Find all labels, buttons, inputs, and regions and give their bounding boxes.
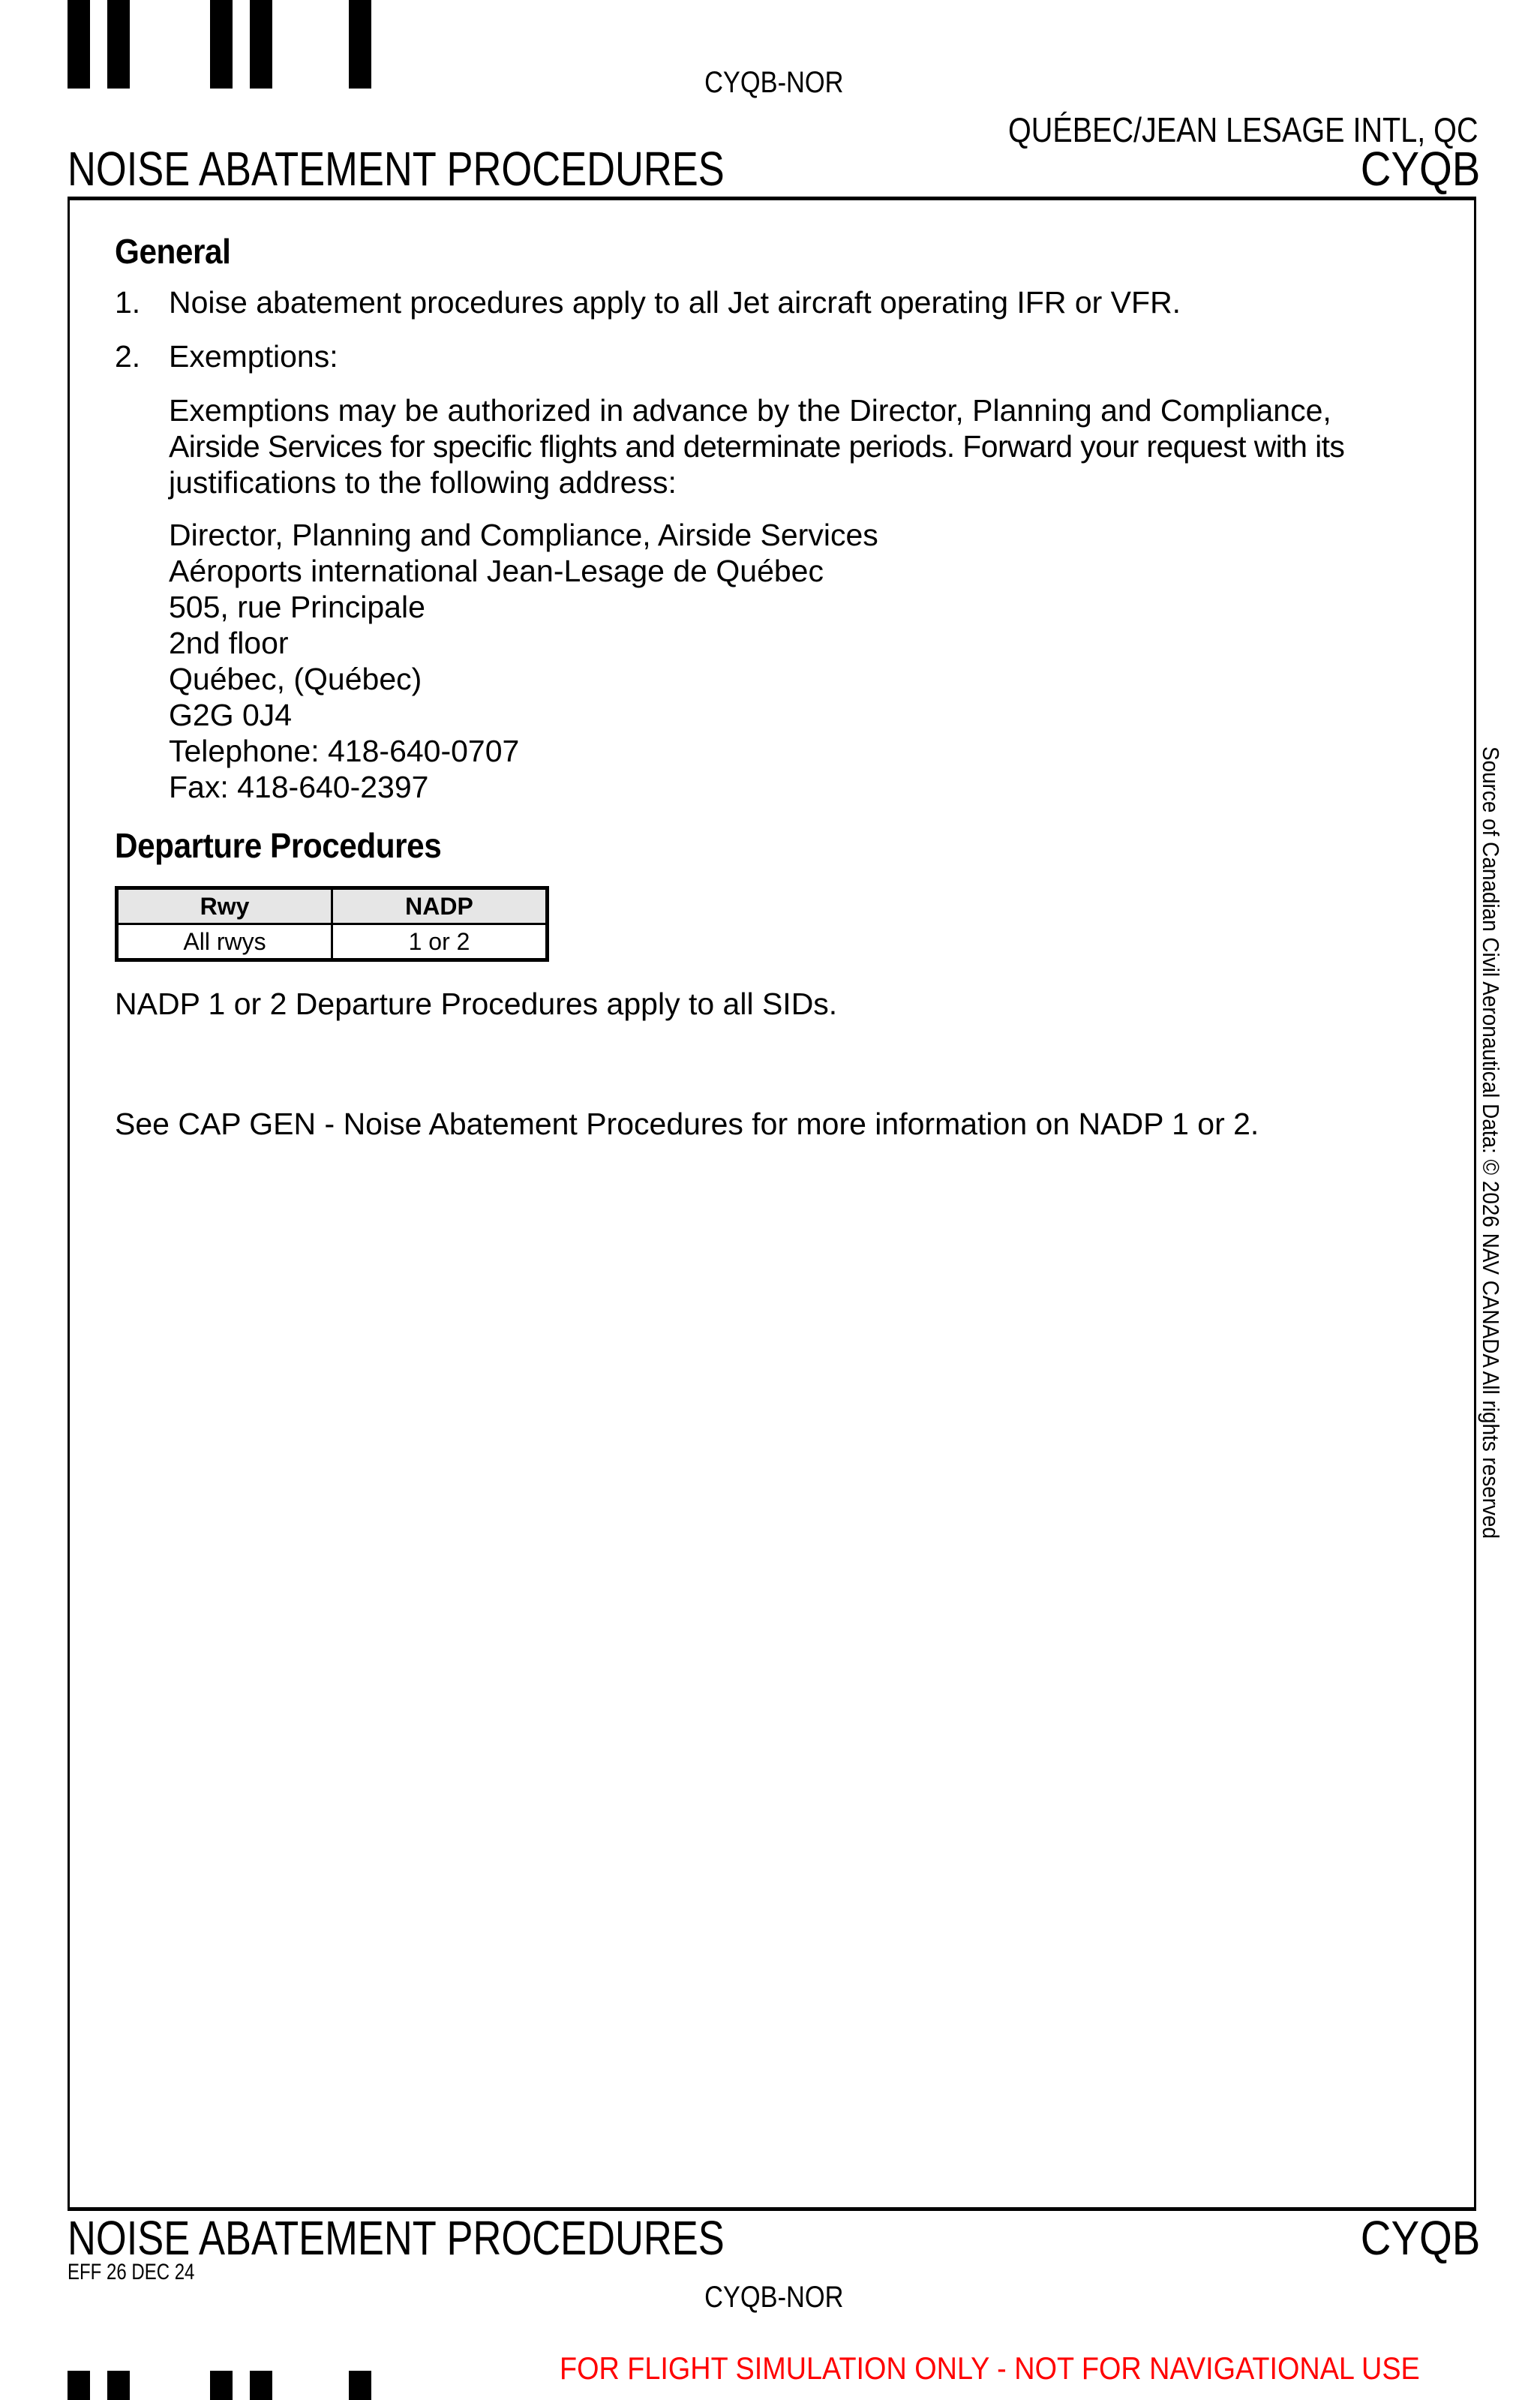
cell-nadp: 1 or 2 <box>332 924 548 960</box>
page-title-text: NOISE ABATEMENT PROCEDURES <box>68 141 725 197</box>
column-header-rwy: Rwy <box>117 888 332 924</box>
table-header-row: Rwy NADP <box>117 888 548 924</box>
address-line: Director, Planning and Compliance, Airsi… <box>169 517 1429 553</box>
list-item: 1. Noise abatement procedures apply to a… <box>115 284 1429 320</box>
content-frame: General 1. Noise abatement procedures ap… <box>68 197 1476 2211</box>
address-telephone: Telephone: 418-640-0707 <box>169 733 1429 769</box>
airport-ident: CYQB <box>1344 141 1480 197</box>
address-line: G2G 0J4 <box>169 697 1429 733</box>
address-fax: Fax: 418-640-2397 <box>169 769 1429 805</box>
reference-note: See CAP GEN - Noise Abatement Procedures… <box>115 1106 1429 1142</box>
cell-rwy: All rwys <box>117 924 332 960</box>
address-line: 2nd floor <box>169 625 1429 661</box>
barcode-bar <box>68 2371 90 2400</box>
barcode-bar <box>107 2371 130 2400</box>
address-line: 505, rue Principale <box>169 589 1429 625</box>
column-header-nadp: NADP <box>332 888 548 924</box>
airport-ident-footer: CYQB <box>1344 2210 1480 2266</box>
copyright-note: Source of Canadian Civil Aeronautical Da… <box>1477 746 1504 1627</box>
address-line: Québec, (Québec) <box>169 661 1429 697</box>
airport-ident-text: CYQB <box>1360 141 1480 197</box>
doc-code-text: CYQB-NOR <box>704 2281 843 2314</box>
address-line: Aéroports international Jean-Lesage de Q… <box>169 553 1429 589</box>
list-text: Noise abatement procedures apply to all … <box>169 284 1181 320</box>
barcode-bar <box>210 2371 233 2400</box>
simulation-warning: FOR FLIGHT SIMULATION ONLY - NOT FOR NAV… <box>560 2350 1515 2386</box>
barcode-bar <box>349 2371 371 2400</box>
page-title: NOISE ABATEMENT PROCEDURES <box>68 141 869 197</box>
page-title-footer: NOISE ABATEMENT PROCEDURES <box>68 2210 869 2266</box>
list-item: 2. Exemptions: <box>115 338 1429 374</box>
departure-note: NADP 1 or 2 Departure Procedures apply t… <box>115 986 1429 1022</box>
address-block: Director, Planning and Compliance, Airsi… <box>169 517 1429 805</box>
page-title-text: NOISE ABATEMENT PROCEDURES <box>68 2210 725 2266</box>
warning-text: FOR FLIGHT SIMULATION ONLY - NOT FOR NAV… <box>560 2350 1420 2386</box>
section-heading-departure: Departure Procedures <box>115 825 1429 867</box>
paragraph-line: Exemptions may be authorized in advance … <box>169 392 1429 428</box>
doc-code-bottom: CYQB-NOR <box>0 2281 1540 2314</box>
nadp-table: Rwy NADP All rwys 1 or 2 <box>115 886 549 962</box>
content-body: General 1. Noise abatement procedures ap… <box>115 230 1429 1142</box>
list-number: 2. <box>115 338 169 374</box>
barcode-bar <box>250 2371 272 2400</box>
doc-code-text: CYQB-NOR <box>704 66 843 100</box>
doc-code-top: CYQB-NOR <box>0 66 1540 100</box>
heading-text: General <box>115 230 230 272</box>
list-number: 1. <box>115 284 169 320</box>
section-heading-general: General <box>115 230 1429 272</box>
heading-text: Departure Procedures <box>115 825 441 867</box>
list-text: Exemptions: <box>169 338 338 374</box>
paragraph-line: justifications to the following address: <box>169 464 1429 500</box>
airport-ident-text: CYQB <box>1360 2210 1480 2266</box>
paragraph-line: Airside Services for specific flights an… <box>169 428 1429 464</box>
copyright-text: Source of Canadian Civil Aeronautical Da… <box>1477 746 1504 1539</box>
exemption-paragraph: Exemptions may be authorized in advance … <box>169 392 1429 500</box>
table-row: All rwys 1 or 2 <box>117 924 548 960</box>
